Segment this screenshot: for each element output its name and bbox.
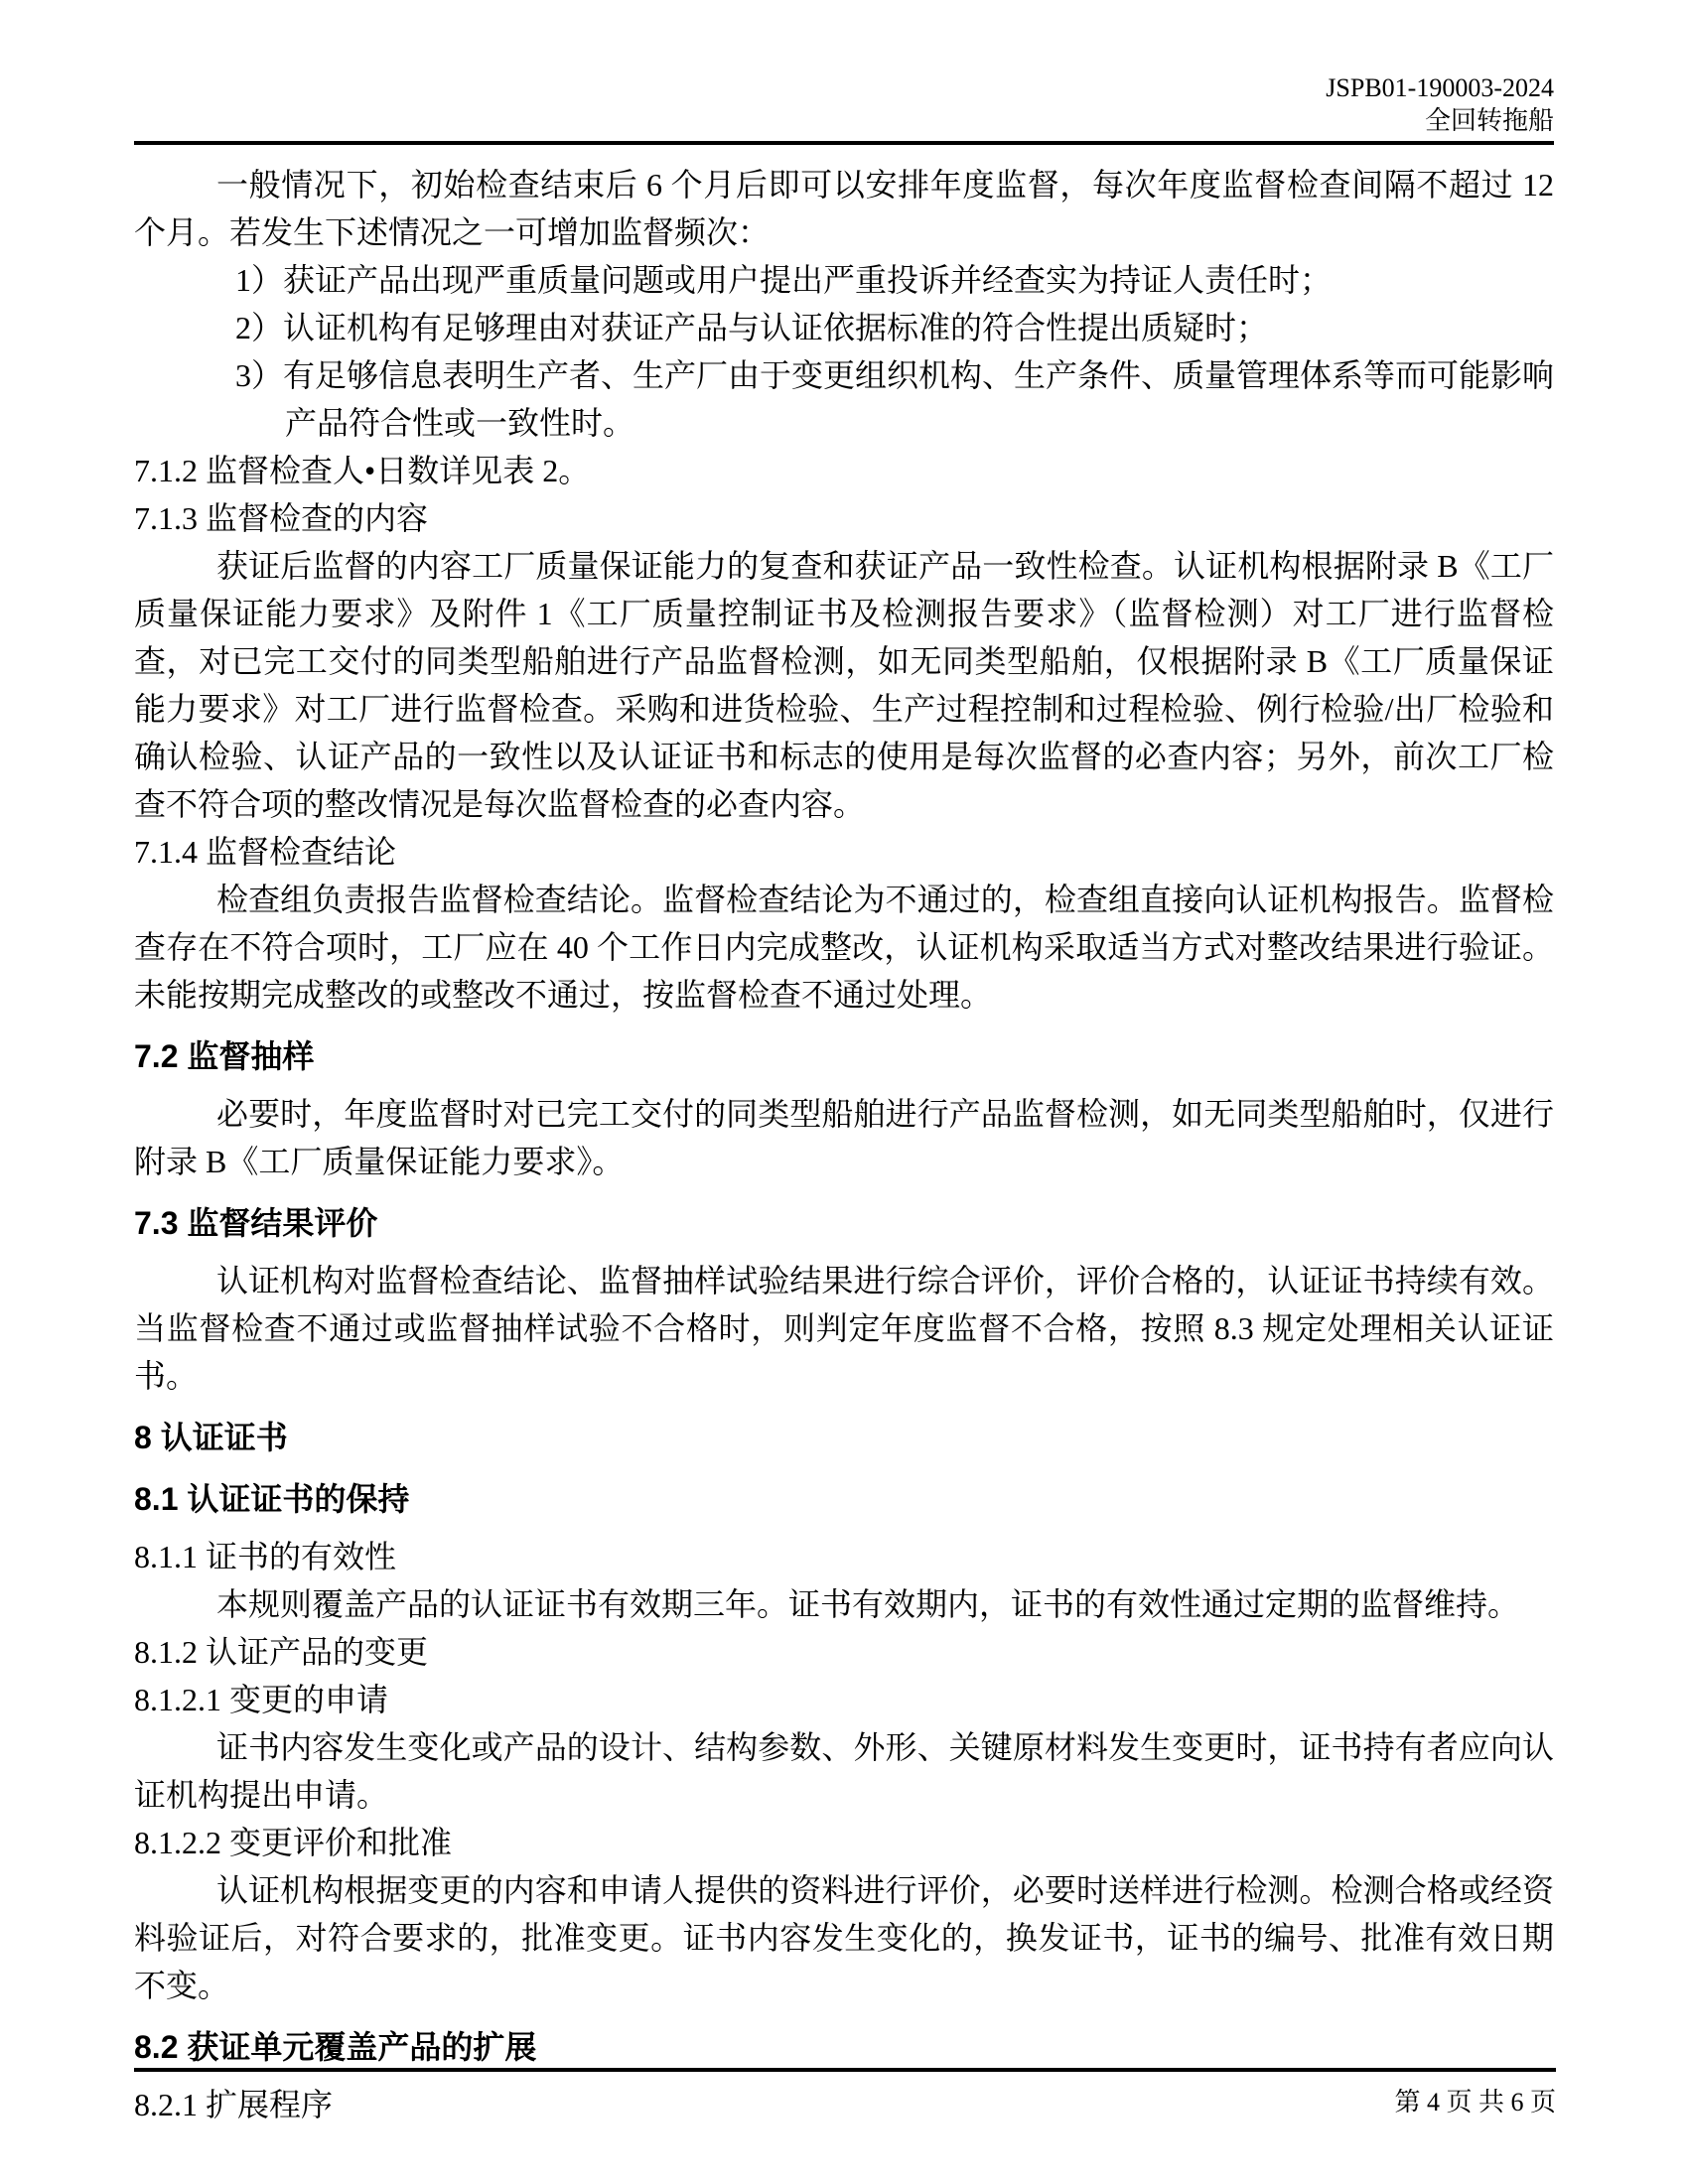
list-item-1: 1）获证产品出现严重质量问题或用户提出严重投诉并经查实为持证人责任时； [134,256,1554,304]
heading-8: 8 认证证书 [134,1414,1554,1461]
para-supervision-content: 获证后监督的内容工厂质量保证能力的复查和获证产品一致性检查。认证机构根据附录 B… [134,542,1554,828]
heading-8-1-2: 8.1.2 认证产品的变更 [134,1628,1554,1676]
heading-8-1-2-1: 8.1.2.1 变更的申请 [134,1676,1554,1723]
heading-7-1-3: 7.1.3 监督检查的内容 [134,494,1554,542]
header-rule [134,141,1554,145]
footer-rule [134,2068,1556,2072]
para-change-application: 证书内容发生变化或产品的设计、结构参数、外形、关键原材料发生变更时，证书持有者应… [134,1723,1554,1819]
document-body: 一般情况下，初始检查结束后 6 个月后即可以安排年度监督，每次年度监督检查间隔不… [134,161,1554,2128]
heading-8-1-2-2: 8.1.2.2 变更评价和批准 [134,1819,1554,1866]
para-result-evaluation: 认证机构对监督检查结论、监督抽样试验结果进行综合评价，评价合格的，认证证书持续有… [134,1257,1554,1400]
list-item-2: 2）认证机构有足够理由对获证产品与认证依据标准的符合性提出质疑时； [134,304,1554,351]
para-sampling: 必要时，年度监督时对已完工交付的同类型船舶进行产品监督检测，如无同类型船舶时，仅… [134,1090,1554,1185]
list-item-3: 3）有足够信息表明生产者、生产厂由于变更组织机构、生产条件、质量管理体系等而可能… [134,351,1554,447]
heading-7-3: 7.3 监督结果评价 [134,1199,1554,1247]
heading-7-1-2: 7.1.2 监督检查人•日数详见表 2。 [134,447,1554,494]
heading-7-1-4: 7.1.4 监督检查结论 [134,828,1554,876]
heading-8-2: 8.2 获证单元覆盖产品的扩展 [134,2023,1554,2071]
para-supervision-conclusion: 检查组负责报告监督检查结论。监督检查结论为不通过的，检查组直接向认证机构报告。监… [134,876,1554,1019]
document-title: 全回转拖船 [134,104,1554,137]
page-header: JSPB01-190003-2024 全回转拖船 [134,71,1554,137]
para-certificate-validity: 本规则覆盖产品的认证证书有效期三年。证书有效期内，证书的有效性通过定期的监督维持… [134,1580,1554,1628]
document-page: JSPB01-190003-2024 全回转拖船 一般情况下，初始检查结束后 6… [0,0,1688,2184]
heading-8-1: 8.1 认证证书的保持 [134,1475,1554,1523]
heading-8-1-1: 8.1.1 证书的有效性 [134,1533,1554,1580]
document-number: JSPB01-190003-2024 [134,71,1554,104]
page-number: 第 4 页 共 6 页 [134,2086,1556,2119]
heading-7-2: 7.2 监督抽样 [134,1032,1554,1080]
para-change-evaluation: 认证机构根据变更的内容和申请人提供的资料进行评价，必要时送样进行检测。检测合格或… [134,1866,1554,2009]
para-annual-supervision: 一般情况下，初始检查结束后 6 个月后即可以安排年度监督，每次年度监督检查间隔不… [134,161,1554,256]
page-footer: 第 4 页 共 6 页 [134,2068,1556,2119]
